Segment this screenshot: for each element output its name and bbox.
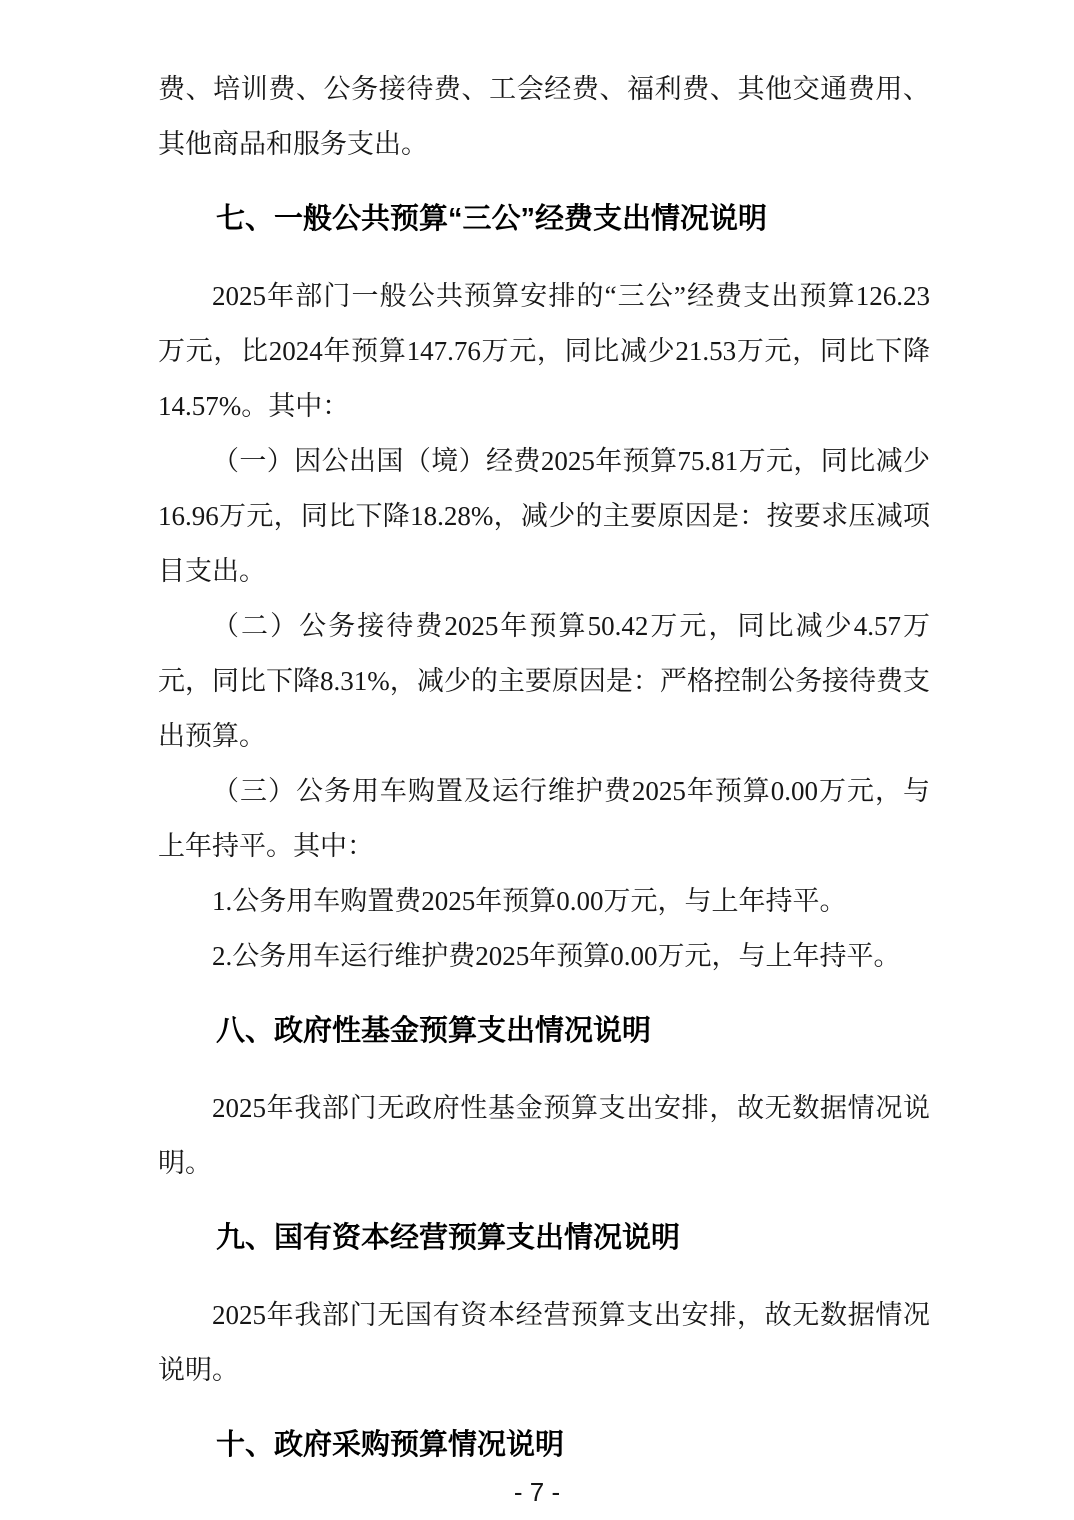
- paragraph-expense-items-continuation: 费、培训费、公务接待费、工会经费、福利费、其他交通费用、其他商品和服务支出。: [158, 62, 930, 172]
- section-heading-ten-government-procurement: 十、政府采购预算情况说明: [158, 1418, 930, 1473]
- paragraph-vehicle-operation-item: 2.公务用车运行维护费2025年预算0.00万元，与上年持平。: [158, 929, 930, 984]
- paragraph-three-public-funds-summary: 2025年部门一般公共预算安排的“三公”经费支出预算126.23万元，比2024…: [158, 269, 930, 434]
- page-number: - 7 -: [0, 1477, 1074, 1508]
- paragraph-government-fund-budget-note: 2025年我部门无政府性基金预算支出安排，故无数据情况说明。: [158, 1081, 930, 1191]
- document-page: 费、培训费、公务接待费、工会经费、福利费、其他交通费用、其他商品和服务支出。 七…: [0, 0, 1074, 1520]
- paragraph-state-capital-budget-note: 2025年我部门无国有资本经营预算支出安排，故无数据情况说明。: [158, 1288, 930, 1398]
- paragraph-official-reception-expense: （二）公务接待费2025年预算50.42万元，同比减少4.57万元，同比下降8.…: [158, 599, 930, 764]
- paragraph-vehicle-purchase-item: 1.公务用车购置费2025年预算0.00万元，与上年持平。: [158, 874, 930, 929]
- section-heading-seven-three-public-funds: 七、一般公共预算“三公”经费支出情况说明: [158, 192, 930, 247]
- section-heading-nine-state-capital-budget: 九、国有资本经营预算支出情况说明: [158, 1211, 930, 1266]
- section-heading-eight-government-fund-budget: 八、政府性基金预算支出情况说明: [158, 1004, 930, 1059]
- paragraph-overseas-travel-expense: （一）因公出国（境）经费2025年预算75.81万元，同比减少16.96万元，同…: [158, 434, 930, 599]
- paragraph-official-vehicle-expense: （三）公务用车购置及运行维护费2025年预算0.00万元，与上年持平。其中：: [158, 764, 930, 874]
